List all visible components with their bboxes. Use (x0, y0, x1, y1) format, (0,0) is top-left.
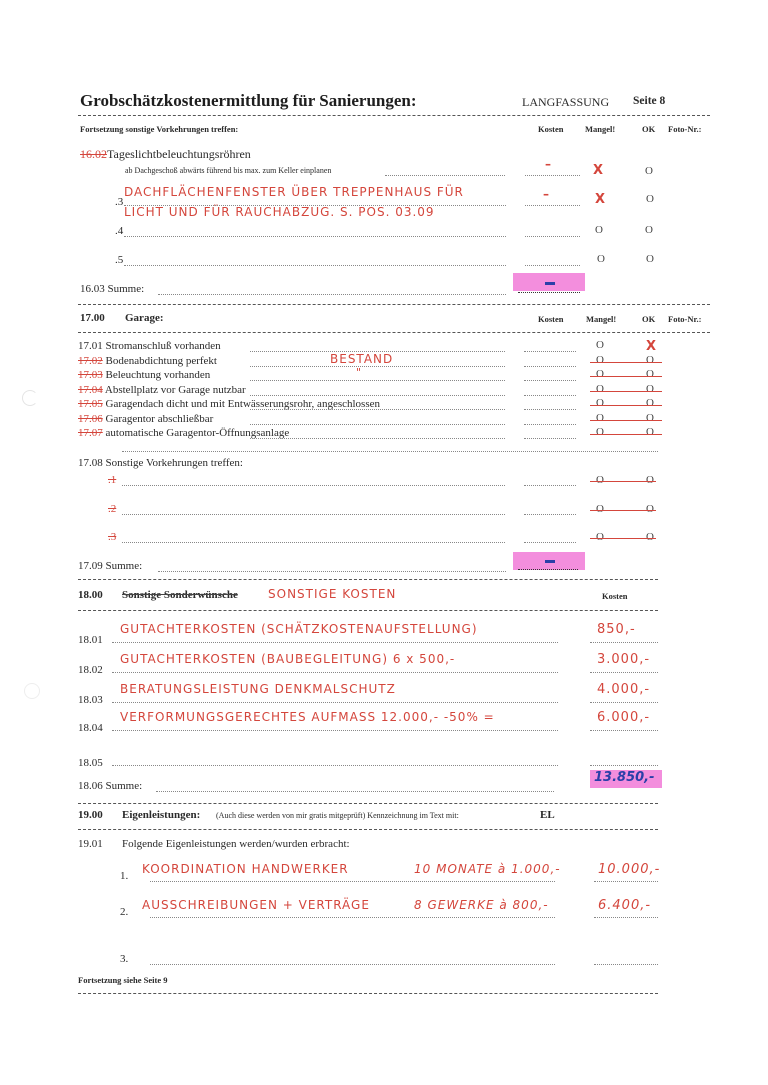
item-label: Garagentor abschließbar (106, 413, 214, 425)
item-label: Bodenabdichtung perfekt (106, 355, 218, 367)
item-label: Tageslichtbeleuchtungsröhren (107, 147, 251, 161)
checkbox-ok[interactable]: X (646, 339, 656, 354)
checkbox-ok[interactable]: O (646, 412, 654, 424)
item-number: 2. (120, 906, 128, 918)
table-row: 17.02 Bodenabdichtung perfekt (78, 355, 217, 367)
leader-dots (250, 409, 505, 410)
item-description[interactable]: GUTACHTERKOSTEN (BAUBEGLEITUNG) 6 x 500,… (120, 652, 455, 666)
divider (78, 610, 658, 611)
strike-line (590, 405, 662, 406)
section-title: Eigenleistungen: (122, 809, 200, 821)
checkbox-ok[interactable]: O (646, 253, 654, 265)
checkbox-ok[interactable]: O (646, 503, 654, 515)
cost-field[interactable] (590, 672, 658, 673)
sum-field[interactable] (518, 569, 578, 570)
cost-value: – (543, 187, 550, 201)
section-number: 19.00 (78, 809, 103, 821)
col-cost-header: Kosten (538, 124, 564, 134)
leader-dots (158, 571, 506, 572)
item-number: .2 (108, 503, 116, 515)
handwritten-note-bestand: BESTAND (330, 352, 393, 366)
item-number: .3 (115, 196, 123, 208)
sum-field[interactable] (518, 292, 580, 293)
leader-dots (158, 294, 506, 295)
cost-value[interactable]: 4.000,- (597, 682, 650, 697)
handwritten-note: LICHT UND FÜR RAUCHABZUG. S. POS. 03.09 (124, 205, 435, 219)
strike-line (590, 376, 662, 377)
strike-line (590, 420, 662, 421)
cost-field[interactable] (590, 702, 658, 703)
col-defect-header: Mangel! (585, 124, 615, 134)
leader-dots (112, 730, 558, 731)
col-ok-header: OK (642, 314, 655, 324)
leader-dots[interactable] (122, 514, 505, 515)
item-number: 18.01 (78, 634, 103, 646)
continuation-heading: Fortsetzung sonstige Vorkehrungen treffe… (80, 124, 238, 134)
leader-dots (112, 642, 558, 643)
section-note: (Auch diese werden von mir gratis mitgep… (216, 811, 459, 820)
table-row: 17.01 Stromanschluß vorhanden (78, 340, 221, 352)
strike-line (590, 481, 656, 482)
cost-field[interactable] (590, 642, 658, 643)
sum-value-dash (545, 282, 555, 285)
item-label: Beleuchtung vorhanden (106, 369, 211, 381)
sum-value-dash (545, 560, 555, 563)
checkbox-defect-checked[interactable]: X (595, 192, 605, 207)
item-description[interactable]: KOORDINATION HANDWERKER (142, 862, 349, 876)
item-description[interactable]: BERATUNGSLEISTUNG DENKMALSCHUTZ (120, 682, 396, 696)
handwritten-note: DACHFLÄCHENFENSTER ÜBER TREPPENHAUS FÜR (124, 185, 464, 199)
item-number: 17.02 (78, 355, 103, 367)
strike-line (590, 391, 662, 392)
item-number: .5 (115, 254, 123, 266)
item-number: 17.03 (78, 369, 103, 381)
checkbox-defect[interactable]: O (596, 354, 604, 366)
cost-value: – (545, 157, 552, 171)
divider (78, 993, 658, 994)
leader-dots[interactable] (124, 236, 506, 237)
cost-field[interactable] (524, 542, 576, 543)
col-ok-header: OK (642, 124, 655, 134)
checkbox-defect[interactable]: O (596, 383, 604, 395)
checkbox-ok[interactable]: O (646, 474, 654, 486)
table-row: 17.06 Garagentor abschließbar (78, 413, 213, 425)
item-number: 17.01 (78, 340, 103, 352)
item-detail: 10 MONATE à 1.000,- (414, 862, 561, 876)
cost-field[interactable] (524, 514, 576, 515)
footer-continuation: Fortsetzung siehe Seite 9 (78, 975, 167, 985)
cost-field[interactable] (524, 424, 576, 425)
cost-value[interactable]: 3.000,- (597, 652, 650, 667)
cost-field[interactable] (590, 765, 658, 766)
sub-label: Folgende Eigenleistungen werden/wurden e… (122, 838, 350, 850)
checkbox-ok[interactable]: O (646, 383, 654, 395)
sum-label: 17.09 Summe: (78, 560, 142, 572)
item-number: 16.02 (80, 147, 107, 161)
item-number: 17.07 (78, 427, 103, 439)
divider-dotted (122, 451, 658, 452)
leader-dots (150, 917, 555, 918)
col-photo-header: Foto-Nr.: (668, 124, 701, 134)
checkbox-defect-checked[interactable]: X (593, 163, 603, 178)
leader-dots (250, 438, 505, 439)
checkbox-defect[interactable]: O (595, 224, 603, 236)
checkbox-ok[interactable]: O (646, 397, 654, 409)
checkbox-ok[interactable]: O (646, 426, 654, 438)
checkbox-defect[interactable]: O (596, 339, 604, 351)
divider (78, 332, 710, 333)
item-description[interactable]: AUSSCHREIBUNGEN + VERTRÄGE (142, 898, 370, 912)
item-number: 17.04 (78, 384, 103, 396)
item-number: 3. (120, 953, 128, 965)
checkbox-defect[interactable]: O (596, 531, 604, 543)
item-number: 1. (120, 870, 128, 882)
table-row: 17.03 Beleuchtung vorhanden (78, 369, 210, 381)
col-defect-header: Mangel! (586, 314, 616, 324)
strike-line (590, 434, 662, 435)
punch-hole (22, 390, 38, 406)
divider (78, 304, 710, 305)
checkbox-defect[interactable]: O (596, 426, 604, 438)
item-description[interactable]: GUTACHTERKOSTEN (SCHÄTZKOSTENAUFSTELLUNG… (120, 622, 478, 636)
item-16-02-sub: ab Dachgeschoß abwärts führend bis max. … (125, 166, 331, 175)
cost-field[interactable] (524, 351, 576, 352)
sum-label: 18.06 Summe: (78, 780, 142, 792)
cost-field[interactable] (524, 409, 576, 410)
strike-line (590, 510, 656, 511)
checkbox-defect[interactable]: O (597, 253, 605, 265)
leader-dots[interactable] (124, 265, 506, 266)
leader-dots (250, 424, 505, 425)
page-number: Seite 8 (633, 95, 665, 107)
leader-dots (385, 175, 505, 176)
item-number: 17.06 (78, 413, 103, 425)
leader-dots (112, 672, 558, 673)
checkbox-defect[interactable]: O (596, 397, 604, 409)
leader-dots (112, 765, 558, 766)
strike-line (590, 362, 662, 363)
checkbox-ok[interactable]: O (646, 368, 654, 380)
item-number: 17.05 (78, 398, 103, 410)
item-label: Abstellplatz vor Garage nutzbar (105, 384, 246, 396)
item-number: .4 (115, 225, 123, 237)
el-marker: EL (540, 809, 555, 821)
strike-line (590, 538, 656, 539)
leader-dots (124, 205, 506, 206)
cost-field[interactable] (525, 265, 580, 266)
cost-field[interactable] (524, 395, 576, 396)
cost-value[interactable]: 6.400,- (598, 898, 651, 913)
cost-value[interactable]: 6.000,- (597, 710, 650, 725)
checkbox-ok[interactable]: O (645, 165, 653, 177)
sum-label: 16.03 Summe: (80, 283, 144, 295)
checkbox-ok[interactable]: O (646, 354, 654, 366)
leader-dots (250, 395, 505, 396)
section-number: 18.00 (78, 589, 103, 601)
punch-hole (24, 683, 40, 699)
item-number: 18.05 (78, 757, 103, 769)
checkbox-ok[interactable]: O (645, 224, 653, 236)
cost-field[interactable] (525, 175, 580, 176)
divider (78, 115, 710, 116)
item-number: 18.03 (78, 694, 103, 706)
sub-number: 19.01 (78, 838, 103, 850)
cost-field[interactable] (524, 438, 576, 439)
item-description[interactable]: VERFORMUNGSGERECHTES AUFMASS 12.000,- -5… (120, 710, 495, 724)
sum-value: 13.850,- (594, 770, 655, 785)
section-title-struck: Sonstige Sonderwünsche (122, 589, 238, 601)
cost-field[interactable] (594, 964, 658, 965)
document-variant: LANGFASSUNG (522, 95, 609, 110)
leader-dots[interactable] (122, 485, 505, 486)
section-number: 17.00 (80, 312, 105, 324)
leader-dots[interactable] (122, 542, 505, 543)
item-label: Stromanschluß vorhanden (106, 340, 221, 352)
item-number: 18.02 (78, 664, 103, 676)
checkbox-defect[interactable]: O (596, 503, 604, 515)
ditto-mark: " (356, 366, 362, 379)
divider (78, 579, 658, 580)
leader-dots (150, 964, 555, 965)
checkbox-ok[interactable]: O (646, 531, 654, 543)
divider (78, 829, 658, 830)
item-number: 18.04 (78, 722, 103, 734)
cost-field[interactable] (524, 380, 576, 381)
checkbox-defect[interactable]: O (596, 412, 604, 424)
leader-dots (150, 881, 555, 882)
cost-field[interactable] (594, 917, 658, 918)
cost-value[interactable]: 10.000,- (598, 862, 660, 877)
cost-value[interactable]: 850,- (597, 622, 636, 637)
cost-field[interactable] (524, 366, 576, 367)
col-cost-header: Kosten (538, 314, 564, 324)
leader-dots (112, 702, 558, 703)
cost-field[interactable] (594, 881, 658, 882)
cost-field[interactable] (524, 485, 576, 486)
checkbox-defect[interactable]: O (596, 368, 604, 380)
divider (78, 803, 658, 804)
item-number: .1 (108, 474, 116, 486)
section-title: Garage: (125, 312, 163, 324)
page-title: Grobschätzkostenermittlung für Sanierung… (80, 91, 417, 111)
section-title-handwritten: SONSTIGE KOSTEN (268, 587, 396, 601)
item-number: .3 (108, 531, 116, 543)
leader-dots (250, 380, 505, 381)
leader-dots (156, 791, 554, 792)
item-16-02: 16.02Tageslichtbeleuchtungsröhren (80, 147, 251, 162)
other-measures-label: 17.08 Sonstige Vorkehrungen treffen: (78, 457, 243, 469)
table-row: 17.04 Abstellplatz vor Garage nutzbar (78, 384, 246, 396)
col-cost-header: Kosten (602, 591, 628, 601)
cost-field[interactable] (525, 236, 580, 237)
cost-field[interactable] (590, 730, 658, 731)
item-detail: 8 GEWERKE à 800,- (414, 898, 549, 912)
checkbox-ok[interactable]: O (646, 193, 654, 205)
cost-field[interactable] (525, 205, 580, 206)
col-photo-header: Foto-Nr.: (668, 314, 701, 324)
checkbox-defect[interactable]: O (596, 474, 604, 486)
